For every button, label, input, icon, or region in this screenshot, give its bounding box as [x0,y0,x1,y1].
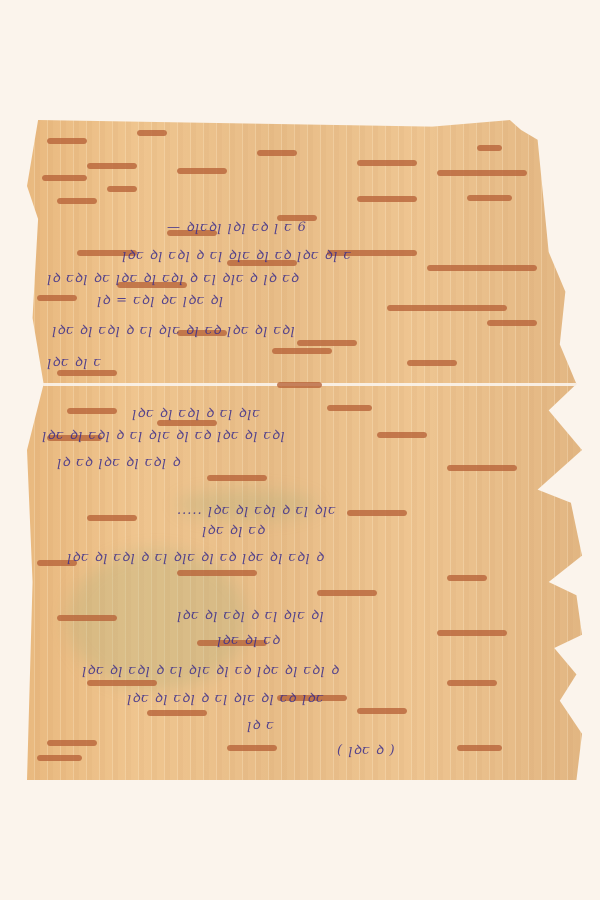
script-line: ꞁꝺ ꞇ [247,715,274,733]
lenticel-stripe [447,575,487,581]
lenticel-stripe [317,590,377,596]
script-line: ꞁꝺꞇ ꝺꞁ ꞇꝺ [217,630,281,648]
lenticel-stripe [107,186,137,192]
lenticel-stripe [177,168,227,174]
lenticel-stripe [272,348,332,354]
script-line: ꞁꝺꞇ ꝺꞁ ꞇꝺꞁ ꝺ ꞇꞁ ꝺꞁꞇ ꝺꞁ ꞇꝺ ꞁꝺꞇ ꝺꞁ ꞇꝺꞁ [52,320,296,338]
script-line: ꞁꝺꞇ ꝺꞁ ꞇꝺꞁ ꝺ ꞇꞁ ꝺꞁꞇ ꝺꞁ ꞇꝺ ꞁꝺꞇ [127,688,324,706]
lenticel-stripe [357,708,407,714]
lenticel-stripe [87,515,137,521]
lenticel-stripe [437,170,527,176]
lenticel-stripe [87,163,137,169]
lenticel-stripe [297,340,357,346]
lenticel-stripe [387,305,507,311]
lenticel-stripe [47,740,97,746]
lenticel-stripe [327,405,372,411]
lenticel-stripe [37,755,82,761]
lenticel-stripe [347,510,407,516]
script-line: ꞁꝺꞇ ꝺꞁ ꞇꝺ [202,520,266,538]
script-line: ( ꞁꝺꞇ ꝺ ) [337,740,396,758]
script-line: ꞁꝺꞇ ꝺꞁ ꞇꝺꞁ ꝺ ꞇꞁ ꝺꞁꞇ [132,403,261,421]
script-line: ꞁꝺꞇ ꝺꞁ ꞇꝺꞁ ꝺ ꞇꞁ ꝺꞁꞇ ꝺꞁ ꞇꝺ ꞁꝺꞇ ꝺꞁ ꞇꝺꞁ [42,425,286,443]
script-line: ꞁꝺꞇ ꝺꞁ ꞇꝺꞁ ꝺ ꞇꞁ ꝺꞁꞇ ꝺꞁ [177,605,325,623]
lenticel-stripe [67,408,117,414]
script-line: — ꝺꞁꞇꝺꞁ ꞁꝺꞁ ꞇꝺ ꞁ ꞇ 6 [167,217,307,235]
lenticel-stripe [137,130,167,136]
lenticel-stripe [357,196,417,202]
script-line: ..... ꞁꝺꞇ ꝺꞁ ꞇꝺꞁ ꝺ ꞇꞁ ꝺꞁꞇ [177,500,336,518]
lenticel-stripe [37,295,77,301]
lenticel-stripe [87,680,157,686]
lenticel-stripe [47,138,87,144]
script-line: ꞁꝺꞇ ꝺꞁ ꞇꝺꞁ ꝺ ꞇꞁ ꝺꞁꞇ ꝺꞁ ꞇꝺ ꞁꝺꞇ ꝺꞁ ꞇꝺꞁ ꝺ [82,660,340,678]
lenticel-stripe [57,370,117,376]
lenticel-stripe [467,195,512,201]
script-line: ꞁꝺꞇ ꝺꞁ ꞇꝺꞁ ꝺ ꞇꞁ ꝺꞁꞇ ꝺꞁ ꞇꝺ ꞁꝺꞇ ꝺꞁ ꞇ [122,245,352,263]
lenticel-stripe [177,570,257,576]
lenticel-stripe [207,475,267,481]
script-line: ꞁꝺ ꞇꝺ ꞁꝺꞇ ꝺꞁ ꞇꝺꞁ ꝺ [57,452,181,470]
lenticel-stripe [437,630,507,636]
lenticel-stripe [42,175,87,181]
lenticel-stripe [277,382,322,388]
lenticel-stripe [377,432,427,438]
lenticel-stripe [457,745,502,751]
lenticel-stripe [57,198,97,204]
script-line: ꞁꝺꞇ ꝺꞁ ꞇꝺꞁ ꝺ ꞇꞁ ꝺꞁꞇ ꝺꞁ ꞇꝺ ꞁꝺꞇ ꝺꞁ ꞇꝺꞁ ꝺ [67,547,325,565]
lenticel-stripe [147,710,207,716]
script-line: ꞁꝺꞇ ꝺꞁ ꞇ [47,352,102,370]
birchbark-sheet: — ꝺꞁꞇꝺꞁ ꞁꝺꞁ ꞇꝺ ꞁ ꞇ 6ꞁꝺꞇ ꝺꞁ ꞇꝺꞁ ꝺ ꞇꞁ ꝺꞁꞇ … [27,120,582,780]
lenticel-stripe [427,265,537,271]
script-line: ꞁꝺ = ꞇꝺꞁ ꝺꞇ ꞁꝺꞇ ꝺꞁ [97,290,224,308]
lenticel-stripe [257,150,297,156]
lenticel-stripe [57,615,117,621]
lenticel-stripe [447,680,497,686]
lenticel-stripe [227,745,277,751]
lenticel-stripe [477,145,502,151]
script-line: ꞁꝺ ꞇꝺꞁ ꝺꞇ ꞁꝺꞇ ꝺꞁ ꞇꝺꞁ ꝺ ꞇꞁ ꝺꞁꞇ ꝺ ꞁꝺ ꞇꝺ [47,268,299,286]
lenticel-stripe [357,160,417,166]
lenticel-stripe [487,320,537,326]
lenticel-stripe [447,465,517,471]
lenticel-stripe [407,360,457,366]
